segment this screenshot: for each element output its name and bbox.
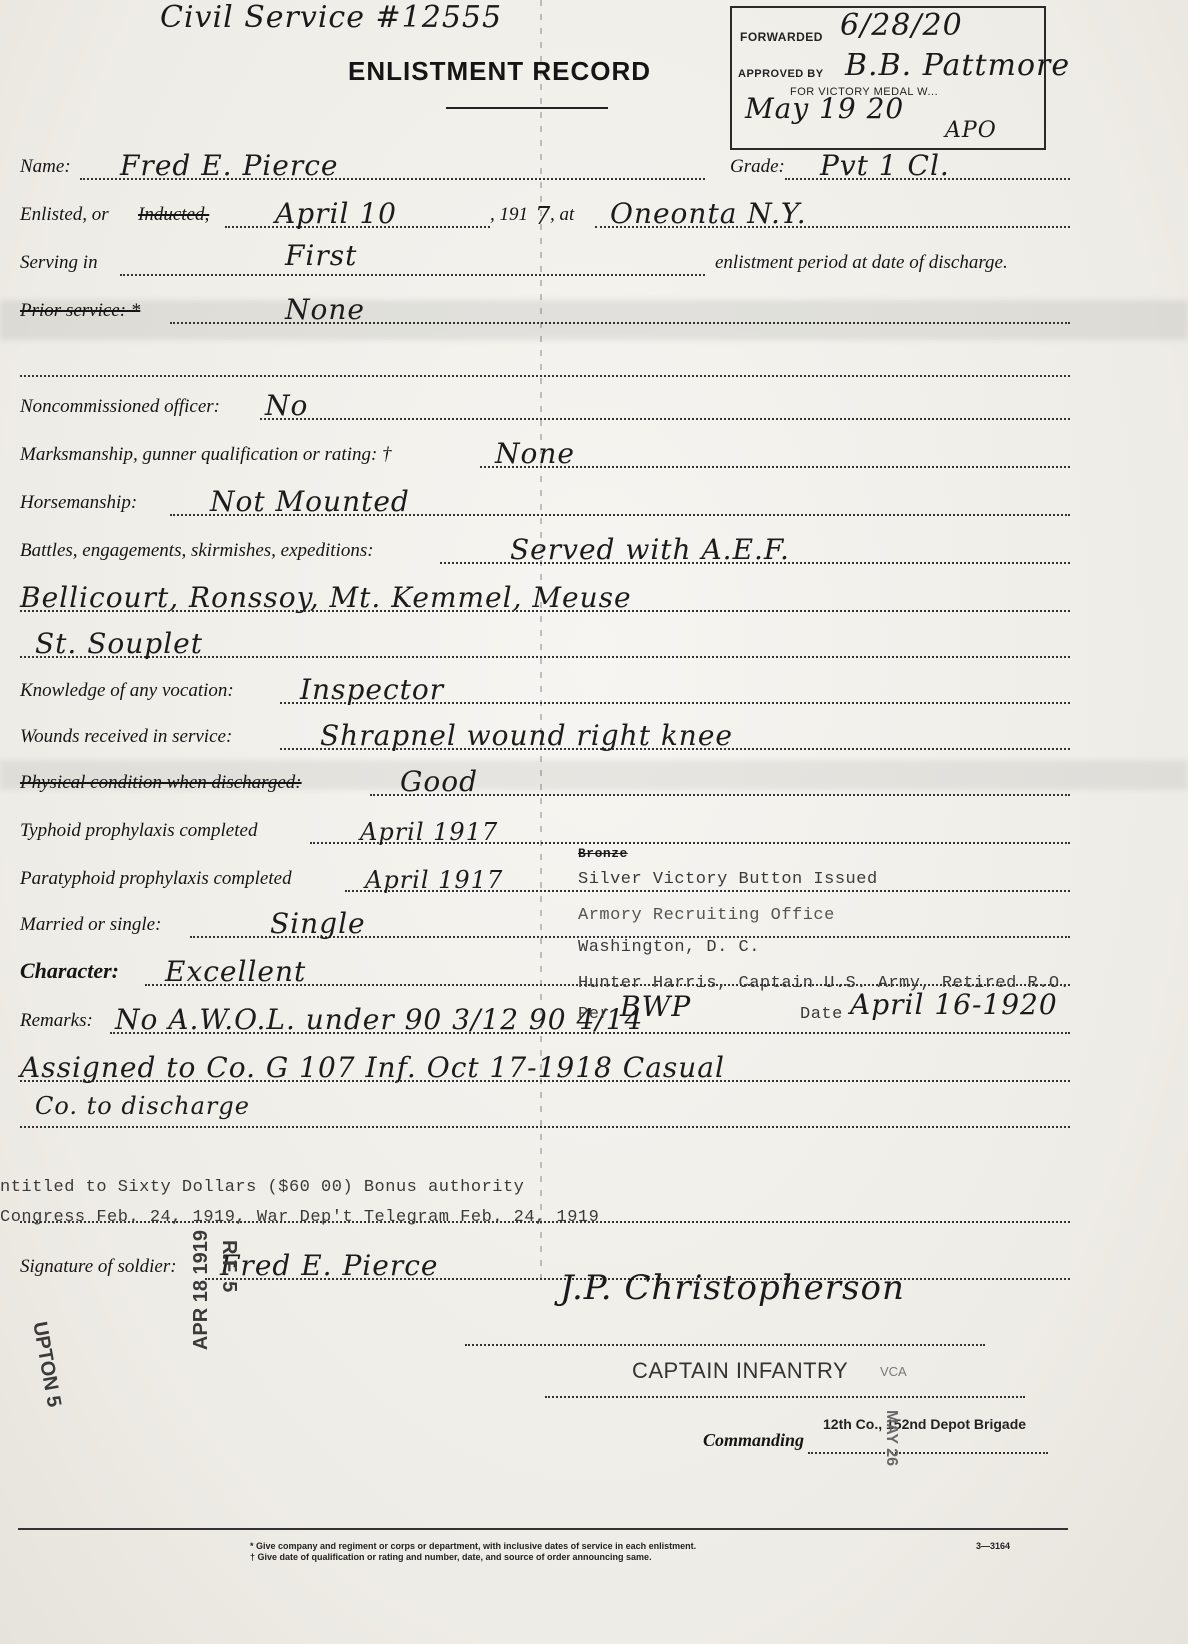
at-label: , at <box>550 204 574 226</box>
unit-name: 12th Co., 152nd Depot Brigade <box>823 1416 1026 1432</box>
prior-service-label: Prior service: * <box>20 300 140 322</box>
battles-value-line-1: Served with A.E.F. <box>510 533 790 566</box>
remarks-label: Remarks: <box>20 1010 93 1032</box>
footer-rule <box>18 1528 1068 1530</box>
row-enlisted: Enlisted, or Inducted, April 10 , 191 7 … <box>20 198 1068 232</box>
date-stamp: APR 18 1919 <box>190 1230 213 1350</box>
prior-service-value: None <box>285 293 365 326</box>
per-initials: BWP <box>620 990 691 1023</box>
row-battles-2: Bellicourt, Ronssoy, Mt. Kemmel, Meuse <box>20 582 1068 616</box>
date-label: Date <box>800 1005 843 1024</box>
bonus-line-1: ntitled to Sixty Dollars ($60 00) Bonus … <box>0 1178 524 1197</box>
row-remarks-3: Co. to discharge <box>20 1098 1068 1132</box>
footnote-2: † Give date of qualification or rating a… <box>250 1552 652 1562</box>
row-horsemanship: Horsemanship: Not Mounted <box>20 486 1068 520</box>
serving-label: Serving in <box>20 252 98 274</box>
horsemanship-value: Not Mounted <box>210 485 410 518</box>
forwarded-value: 6/28/20 <box>840 8 963 43</box>
civil-service-annotation: Civil Service #12555 <box>160 0 502 35</box>
row-vocation: Knowledge of any vocation: Inspector <box>20 674 1068 708</box>
grade-label: Grade: <box>730 156 785 178</box>
enlistment-record-document: Civil Service #12555 ENLISTMENT RECORD F… <box>0 0 1188 1644</box>
row-paratyphoid: Paratyphoid prophylaxis completed April … <box>20 862 1068 896</box>
row-prior-service: Prior service: * None <box>20 294 1068 328</box>
nco-value: No <box>265 389 308 422</box>
row-physical: Physical condition when discharged: Good <box>20 766 1068 800</box>
remarks-value-line-2: Assigned to Co. G 107 Inf. Oct 17-1918 C… <box>20 1051 725 1084</box>
row-serving: Serving in First enlistment period at da… <box>20 246 1068 280</box>
approved-label: APPROVED BY <box>738 68 824 80</box>
name-value: Fred E. Pierce <box>120 149 338 182</box>
character-label: Character: <box>20 958 119 984</box>
remarks-line-3 <box>20 1126 1070 1128</box>
marksmanship-label: Marksmanship, gunner qualification or ra… <box>20 444 392 466</box>
row-signature: Signature of soldier: Fred E. Pierce <box>20 1250 1068 1284</box>
name-label: Name: <box>20 156 71 178</box>
bronze-struck: Bronze <box>578 846 628 861</box>
forwarded-label: FORWARDED <box>740 30 823 44</box>
approval-date: May 19 20 <box>745 92 904 125</box>
enlisted-date: April 10 <box>275 197 397 230</box>
inducted-label-struck: Inducted, <box>138 204 209 226</box>
officer-rank: CAPTAIN INFANTRY <box>632 1358 848 1384</box>
horsemanship-label: Horsemanship: <box>20 492 137 514</box>
grade-value: Pvt 1 Cl. <box>820 149 950 182</box>
enlisted-place: Oneonta N.Y. <box>610 197 807 230</box>
victory-button-line: Silver Victory Button Issued <box>578 870 878 889</box>
enlisted-year-digit: 7 <box>535 202 551 230</box>
signature-label: Signature of soldier: <box>20 1256 177 1278</box>
year-prefix: , 191 <box>490 204 528 226</box>
approval-initials: APO <box>945 118 997 143</box>
married-value: Single <box>270 907 366 940</box>
officer-signature-line <box>465 1344 985 1346</box>
enlisted-label: Enlisted, or <box>20 204 109 226</box>
typhoid-value: April 1917 <box>360 818 498 846</box>
postmark-stamp: MAY 26 <box>882 1410 900 1466</box>
row-married: Married or single: Single <box>20 908 1068 942</box>
vocation-label: Knowledge of any vocation: <box>20 680 234 702</box>
row-marksmanship: Marksmanship, gunner qualification or ra… <box>20 438 1068 472</box>
wounds-value: Shrapnel wound right knee <box>320 719 733 752</box>
footnote-1: * Give company and regiment or corps or … <box>250 1541 696 1551</box>
paratyphoid-label: Paratyphoid prophylaxis completed <box>20 868 292 890</box>
battles-value-line-3: St. Souplet <box>35 627 203 660</box>
row-wounds: Wounds received in service: Shrapnel wou… <box>20 720 1068 754</box>
row-battles: Battles, engagements, skirmishes, expedi… <box>20 534 1068 568</box>
serving-value: First <box>285 239 357 272</box>
recruiting-office-line: Armory Recruiting Office <box>578 906 835 925</box>
nco-line <box>260 418 1070 420</box>
nco-label: Noncommissioned officer: <box>20 396 220 418</box>
wounds-label: Wounds received in service: <box>20 726 232 748</box>
vocation-value: Inspector <box>300 673 444 706</box>
per-label: Per <box>578 1005 610 1024</box>
officer-signature: J.P. Christopherson <box>560 1268 905 1308</box>
character-value: Excellent <box>165 955 306 988</box>
commanding-label: Commanding <box>703 1430 804 1451</box>
row-typhoid: Typhoid prophylaxis completed April 1917 <box>20 814 1068 848</box>
serving-suffix: enlistment period at date of discharge. <box>715 252 1008 274</box>
physical-value: Good <box>400 765 478 798</box>
battles-label: Battles, engagements, skirmishes, expedi… <box>20 540 374 562</box>
row-name: Name: Fred E. Pierce Grade: Pvt 1 Cl. <box>20 150 1068 184</box>
prior-service-line-2 <box>20 375 1070 377</box>
row-remarks-2: Assigned to Co. G 107 Inf. Oct 17-1918 C… <box>20 1052 1068 1086</box>
battles-value-line-2: Bellicourt, Ronssoy, Mt. Kemmel, Meuse <box>20 581 632 614</box>
marksmanship-value: None <box>495 437 575 470</box>
remarks-value-line-3: Co. to discharge <box>35 1092 250 1120</box>
washington-line: Washington, D. C. <box>578 938 760 957</box>
row-nco: Noncommissioned officer: No <box>20 390 1068 424</box>
remarks-value-line-1: No A.W.O.L. under 90 3/12 90 4/14 <box>115 1003 643 1036</box>
paratyphoid-value: April 1917 <box>365 866 503 894</box>
rf-stamp: R.F. 5 <box>217 1240 240 1292</box>
title-underline <box>446 107 608 109</box>
form-number: 3—3164 <box>976 1541 1010 1551</box>
soldier-signature: Fred E. Pierce <box>220 1249 438 1282</box>
serving-line <box>120 274 705 276</box>
page-title: ENLISTMENT RECORD <box>348 56 651 87</box>
typhoid-label: Typhoid prophylaxis completed <box>20 820 257 842</box>
officer-rank-line <box>545 1396 1025 1398</box>
officer-rank-suffix: VCA <box>880 1364 907 1379</box>
date-value: April 16-1920 <box>850 988 1058 1021</box>
approved-value: B.B. Pattmore <box>845 48 1070 83</box>
bonus-line-2: Congress Feb. 24, 1919, War Dep't Telegr… <box>0 1208 599 1227</box>
upton-stamp: UPTON 5 <box>27 1320 65 1409</box>
married-label: Married or single: <box>20 914 161 936</box>
physical-label: Physical condition when discharged: <box>20 772 302 794</box>
row-battles-3: St. Souplet <box>20 628 1068 662</box>
commanding-line <box>808 1452 1048 1454</box>
